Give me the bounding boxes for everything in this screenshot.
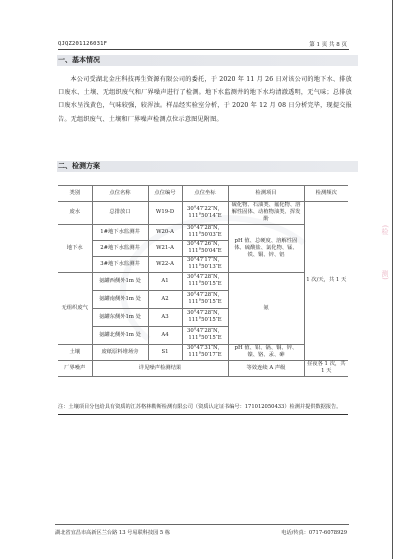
table-header-row: 类别 点位名称 点位编号 点位坐标 检测项目 检测频次 (58, 186, 348, 202)
location-coord: 30°47′28″N，111°50′15″E (182, 308, 228, 326)
column-header: 类别 (58, 186, 92, 202)
location-name: 氨罐西侧外1m 处 (92, 272, 148, 290)
column-header: 点位坐标 (182, 186, 228, 202)
table-row: 厂界噪声 详见噪声检测结果 等效连续 A 声级 昼夜各 1 次，共 1 天 (58, 360, 348, 376)
category-cell: 废水 (58, 201, 92, 224)
location-coord: 30°47′26″N，111°50′04″E (182, 240, 228, 256)
location-coord: 30°47′28″N，111°50′15″E (182, 272, 228, 290)
location-code: A1 (148, 272, 182, 290)
company-phone: 电话/传真：0717-6078929 (281, 529, 347, 536)
location-coord: 30°47′28″N，111°50′03″E (182, 224, 228, 240)
section-title-basic-info: 一、基本情况 (57, 55, 358, 66)
noise-location: 详见噪声检测结果 (92, 360, 228, 376)
location-code: W22-A (148, 256, 182, 272)
page-footer: 湖北省宜昌市高新区兰台路 13 号易联科技园 5 栋 电话/传真：0717-60… (55, 524, 349, 529)
table-row: 废水 总排放口 W19-D 30°47′22″N，111°50′14″E 硫化物… (58, 201, 348, 224)
test-items: 硫化物、石油类、氟化物、溶解性固体、动植物油类、挥发酚 (228, 201, 304, 224)
category-cell: 土壤 (58, 344, 92, 360)
test-plan-table: 类别 点位名称 点位编号 点位坐标 检测项目 检测频次 废水 总排放口 W19-… (58, 185, 348, 377)
category-cell: 无组织废气 (58, 272, 92, 344)
category-cell: 地下水 (58, 224, 92, 272)
report-code: QJQZ201126031F (58, 41, 107, 47)
frequency-cell: 昼夜各 1 次，共 1 天 (304, 360, 348, 376)
page-edge (392, 0, 393, 559)
company-address: 湖北省宜昌市高新区兰台路 13 号易联科技园 5 栋 (55, 529, 170, 536)
location-code: S1 (148, 344, 182, 360)
column-header: 点位名称 (92, 186, 148, 202)
stamp-mark: (检 (380, 225, 390, 235)
location-name: 总排放口 (92, 201, 148, 224)
page-header: QJQZ201126031F 第 1 页 共 8 页 (58, 37, 349, 50)
location-code: A2 (148, 290, 182, 308)
test-items: 等效连续 A 声级 (228, 360, 304, 376)
basic-info-paragraph: 本公司受湖北金庄科技再生资源有限公司的委托，于 2020 年 11 月 26 日… (58, 73, 352, 126)
location-name: 废纸原料堆场旁 (92, 344, 148, 360)
location-coord: 30°47′31″N，111°50′17″E (182, 344, 228, 360)
category-cell: 厂界噪声 (58, 360, 92, 376)
location-code: W19-D (148, 201, 182, 224)
location-coord: 30°47′28″N，111°50′15″E (182, 326, 228, 344)
location-name: 氨罐北侧外1m 处 (92, 326, 148, 344)
section-title-test-plan: 二、检测方案 (57, 161, 358, 172)
location-code: A4 (148, 326, 182, 344)
test-items: pH 值、总硬度、溶解性固体、硫酸盐、氯化物、锰、铁、铜、锌、铝 (228, 224, 304, 272)
test-items: 氨 (228, 272, 304, 344)
location-coord: 30°47′22″N，111°50′14″E (182, 201, 228, 224)
location-code: A3 (148, 308, 182, 326)
location-coord: 30°47′28″N，111°50′15″E (182, 290, 228, 308)
column-header: 检测项目 (228, 186, 304, 202)
location-coord: 30°47′17″N，111°50′13″E (182, 256, 228, 272)
location-name: 3#地下水监测井 (92, 256, 148, 272)
location-name: 1#地下水监测井 (92, 224, 148, 240)
location-name: 氨罐南侧外1m 处 (92, 290, 148, 308)
stamp-mark: 测) (380, 270, 390, 280)
location-code: W21-A (148, 240, 182, 256)
column-header: 点位编号 (148, 186, 182, 202)
test-items: pH 值、铅、镉、铜、锌、镍、铬、汞、砷 (228, 344, 304, 360)
table-note: 注：土壤项目分包给具有资质的江苏格林勒斯检测有限公司（资质认定证书编号：1710… (58, 404, 348, 415)
column-header: 检测频次 (304, 186, 348, 202)
location-name: 氨罐东侧外1m 处 (92, 308, 148, 326)
location-code: W20-A (148, 224, 182, 240)
frequency-cell: 1 次/天，共 1 天 (304, 201, 348, 360)
location-name: 2#地下水监测井 (92, 240, 148, 256)
page-info: 第 1 页 共 8 页 (309, 40, 347, 48)
